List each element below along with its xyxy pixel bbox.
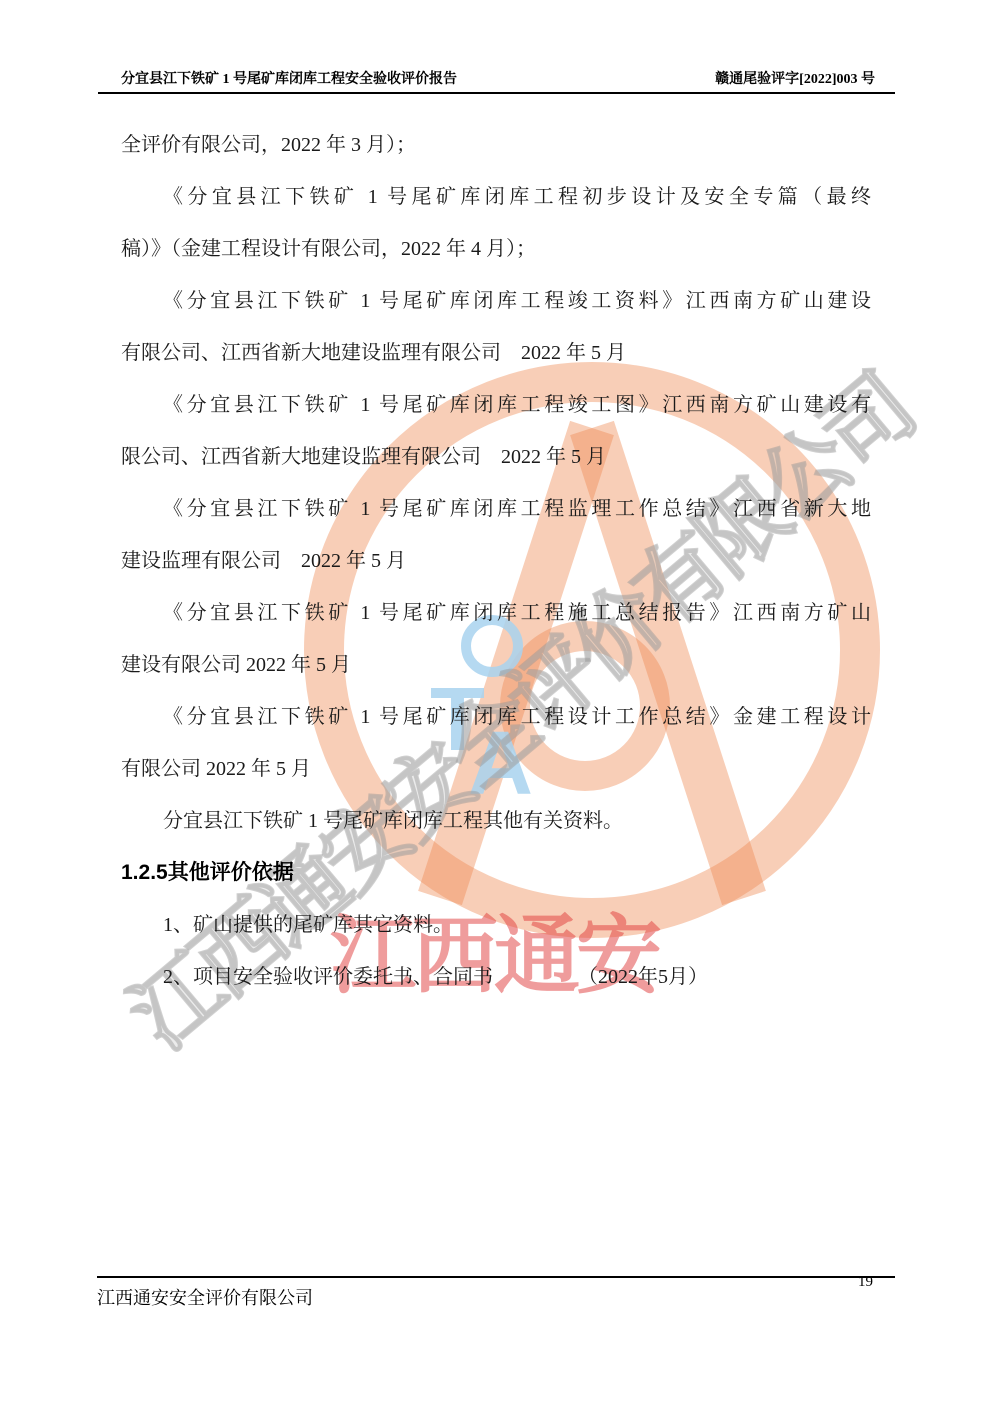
body-line: 1、矿山提供的尾矿库其它资料。 — [121, 899, 871, 951]
body-line: 《分宜县江下铁矿 1 号尾矿库闭库工程初步设计及安全专篇（最终 — [121, 171, 871, 223]
body-line: 《分宜县江下铁矿 1 号尾矿库闭库工程设计工作总结》金建工程设计 — [121, 691, 871, 743]
page-number: 19 — [858, 1274, 873, 1291]
body-line: 2、项目安全验收评价委托书、合同书 （2022年5月） — [121, 951, 871, 1003]
body-line: 有限公司 2022 年 5 月 — [121, 743, 871, 795]
body-line: 《分宜县江下铁矿 1 号尾矿库闭库工程监理工作总结》江西省新大地 — [121, 483, 871, 535]
body-line: 《分宜县江下铁矿 1 号尾矿库闭库工程竣工图》江西南方矿山建设有 — [121, 379, 871, 431]
body-line: 建设有限公司 2022 年 5 月 — [121, 639, 871, 691]
section-heading: 1.2.5其他评价依据 — [121, 847, 871, 899]
header-doc-number: 赣通尾验评字[2022]003 号 — [715, 68, 875, 88]
body-line: 建设监理有限公司 2022 年 5 月 — [121, 535, 871, 587]
document-page: T A 江西通安安全评价有限公司 江西通安 分宜县江下铁矿 1 号尾矿库闭库工程… — [0, 0, 992, 1403]
header-rule — [98, 92, 895, 94]
body-line: 《分宜县江下铁矿 1 号尾矿库闭库工程施工总结报告》江西南方矿山 — [121, 587, 871, 639]
body-line: 全评价有限公司，2022 年 3 月）； — [121, 119, 871, 171]
body-line: 稿）》（金建工程设计有限公司，2022 年 4 月）； — [121, 223, 871, 275]
header-report-title: 分宜县江下铁矿 1 号尾矿库闭库工程安全验收评价报告 — [121, 68, 457, 88]
footer-company-name: 江西通安安全评价有限公司 — [97, 1284, 313, 1310]
body-line: 《分宜县江下铁矿 1 号尾矿库闭库工程竣工资料》江西南方矿山建设 — [121, 275, 871, 327]
body-line: 限公司、江西省新大地建设监理有限公司 2022 年 5 月 — [121, 431, 871, 483]
footer-rule — [97, 1276, 895, 1278]
body-line: 分宜县江下铁矿 1 号尾矿库闭库工程其他有关资料。 — [121, 795, 871, 847]
body-text: 全评价有限公司，2022 年 3 月）；《分宜县江下铁矿 1 号尾矿库闭库工程初… — [121, 119, 871, 1003]
body-line: 有限公司、江西省新大地建设监理有限公司 2022 年 5 月 — [121, 327, 871, 379]
